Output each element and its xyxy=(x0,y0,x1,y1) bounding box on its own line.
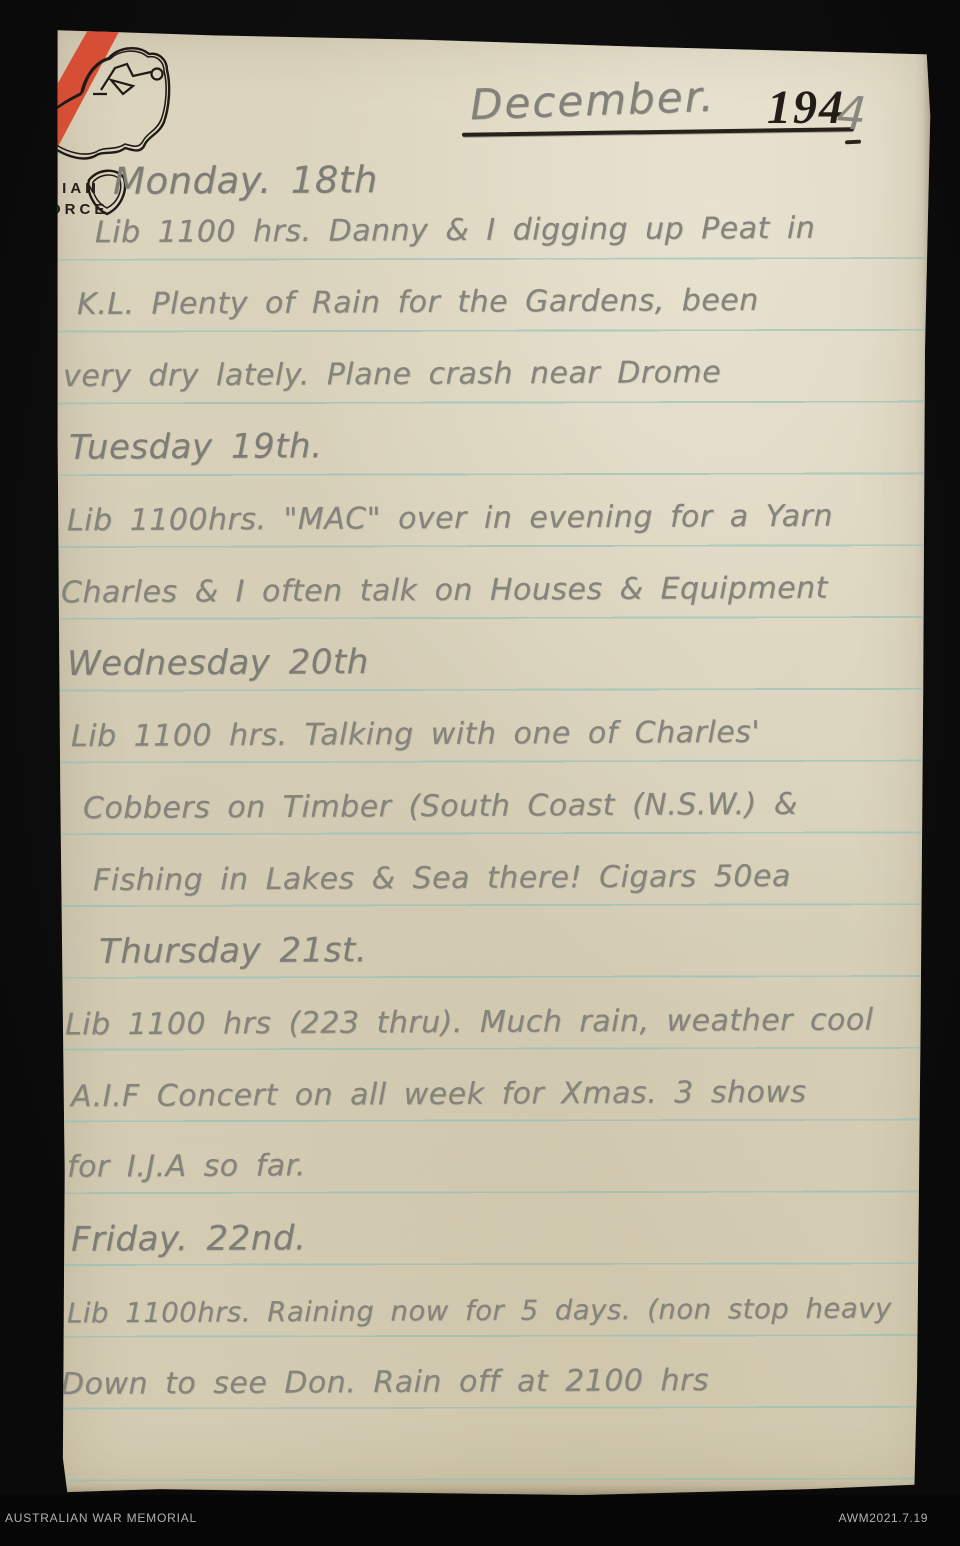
diary-line: very dry lately. Plane crash near Drome xyxy=(63,358,721,392)
printed-year-mark xyxy=(845,140,861,145)
diary-day-heading: Monday. 18th xyxy=(113,161,378,200)
photo-background: LIAN ORCE December. 194 4 Monday. 18th L… xyxy=(0,0,960,1546)
caption-bar: AUSTRALIAN WAR MEMORIAL AWM2021.7.19 xyxy=(0,1495,960,1546)
diary-line: Lib 1100 hrs. Talking with one of Charle… xyxy=(71,718,760,752)
diary-line: Lib 1100hrs. Raining now for 5 days. (no… xyxy=(67,1295,892,1328)
handwritten-year-digit: 4 xyxy=(835,85,868,141)
archive-name-label: AUSTRALIAN WAR MEMORIAL xyxy=(5,1511,197,1525)
diary-line: for I.J.A so far. xyxy=(67,1151,306,1182)
diary-day-heading: Tuesday 19th. xyxy=(69,429,323,465)
red-stripe-decoration xyxy=(55,28,121,186)
letterhead-crest-icon xyxy=(93,64,163,94)
diary-line: Lib 1100 hrs (223 thru). Much rain, weat… xyxy=(65,1006,874,1041)
diary-line: Lib 1100hrs. "MAC" over in evening for a… xyxy=(67,502,833,537)
diary-line: Charles & I often talk on Houses & Equip… xyxy=(61,574,828,609)
letterhead-text-fragment: LIAN xyxy=(55,180,100,197)
catalog-number-label: AWM2021.7.19 xyxy=(839,1511,928,1525)
diary-line: Fishing in Lakes & Sea there! Cigars 50e… xyxy=(93,862,791,896)
diary-day-heading: Friday. 22nd. xyxy=(71,1221,306,1256)
diary-day-heading: Thursday 21st. xyxy=(99,933,367,969)
diary-line: K.L. Plenty of Rain for the Gardens, bee… xyxy=(77,286,759,320)
diary-day-heading: Wednesday 20th xyxy=(67,645,369,681)
month-title: December. xyxy=(469,72,716,130)
printed-year: 194 xyxy=(767,80,845,135)
diary-line: A.I.F Concert on all week for Xmas. 3 sh… xyxy=(71,1078,807,1112)
diary-page: LIAN ORCE December. 194 4 Monday. 18th L… xyxy=(55,28,932,1495)
diary-line: Cobbers on Timber (South Coast (N.S.W.) … xyxy=(83,790,798,824)
diary-line: Down to see Don. Rain off at 2100 hrs xyxy=(61,1366,709,1400)
diary-line: Lib 1100 hrs. Danny & I digging up Peat … xyxy=(95,214,815,248)
